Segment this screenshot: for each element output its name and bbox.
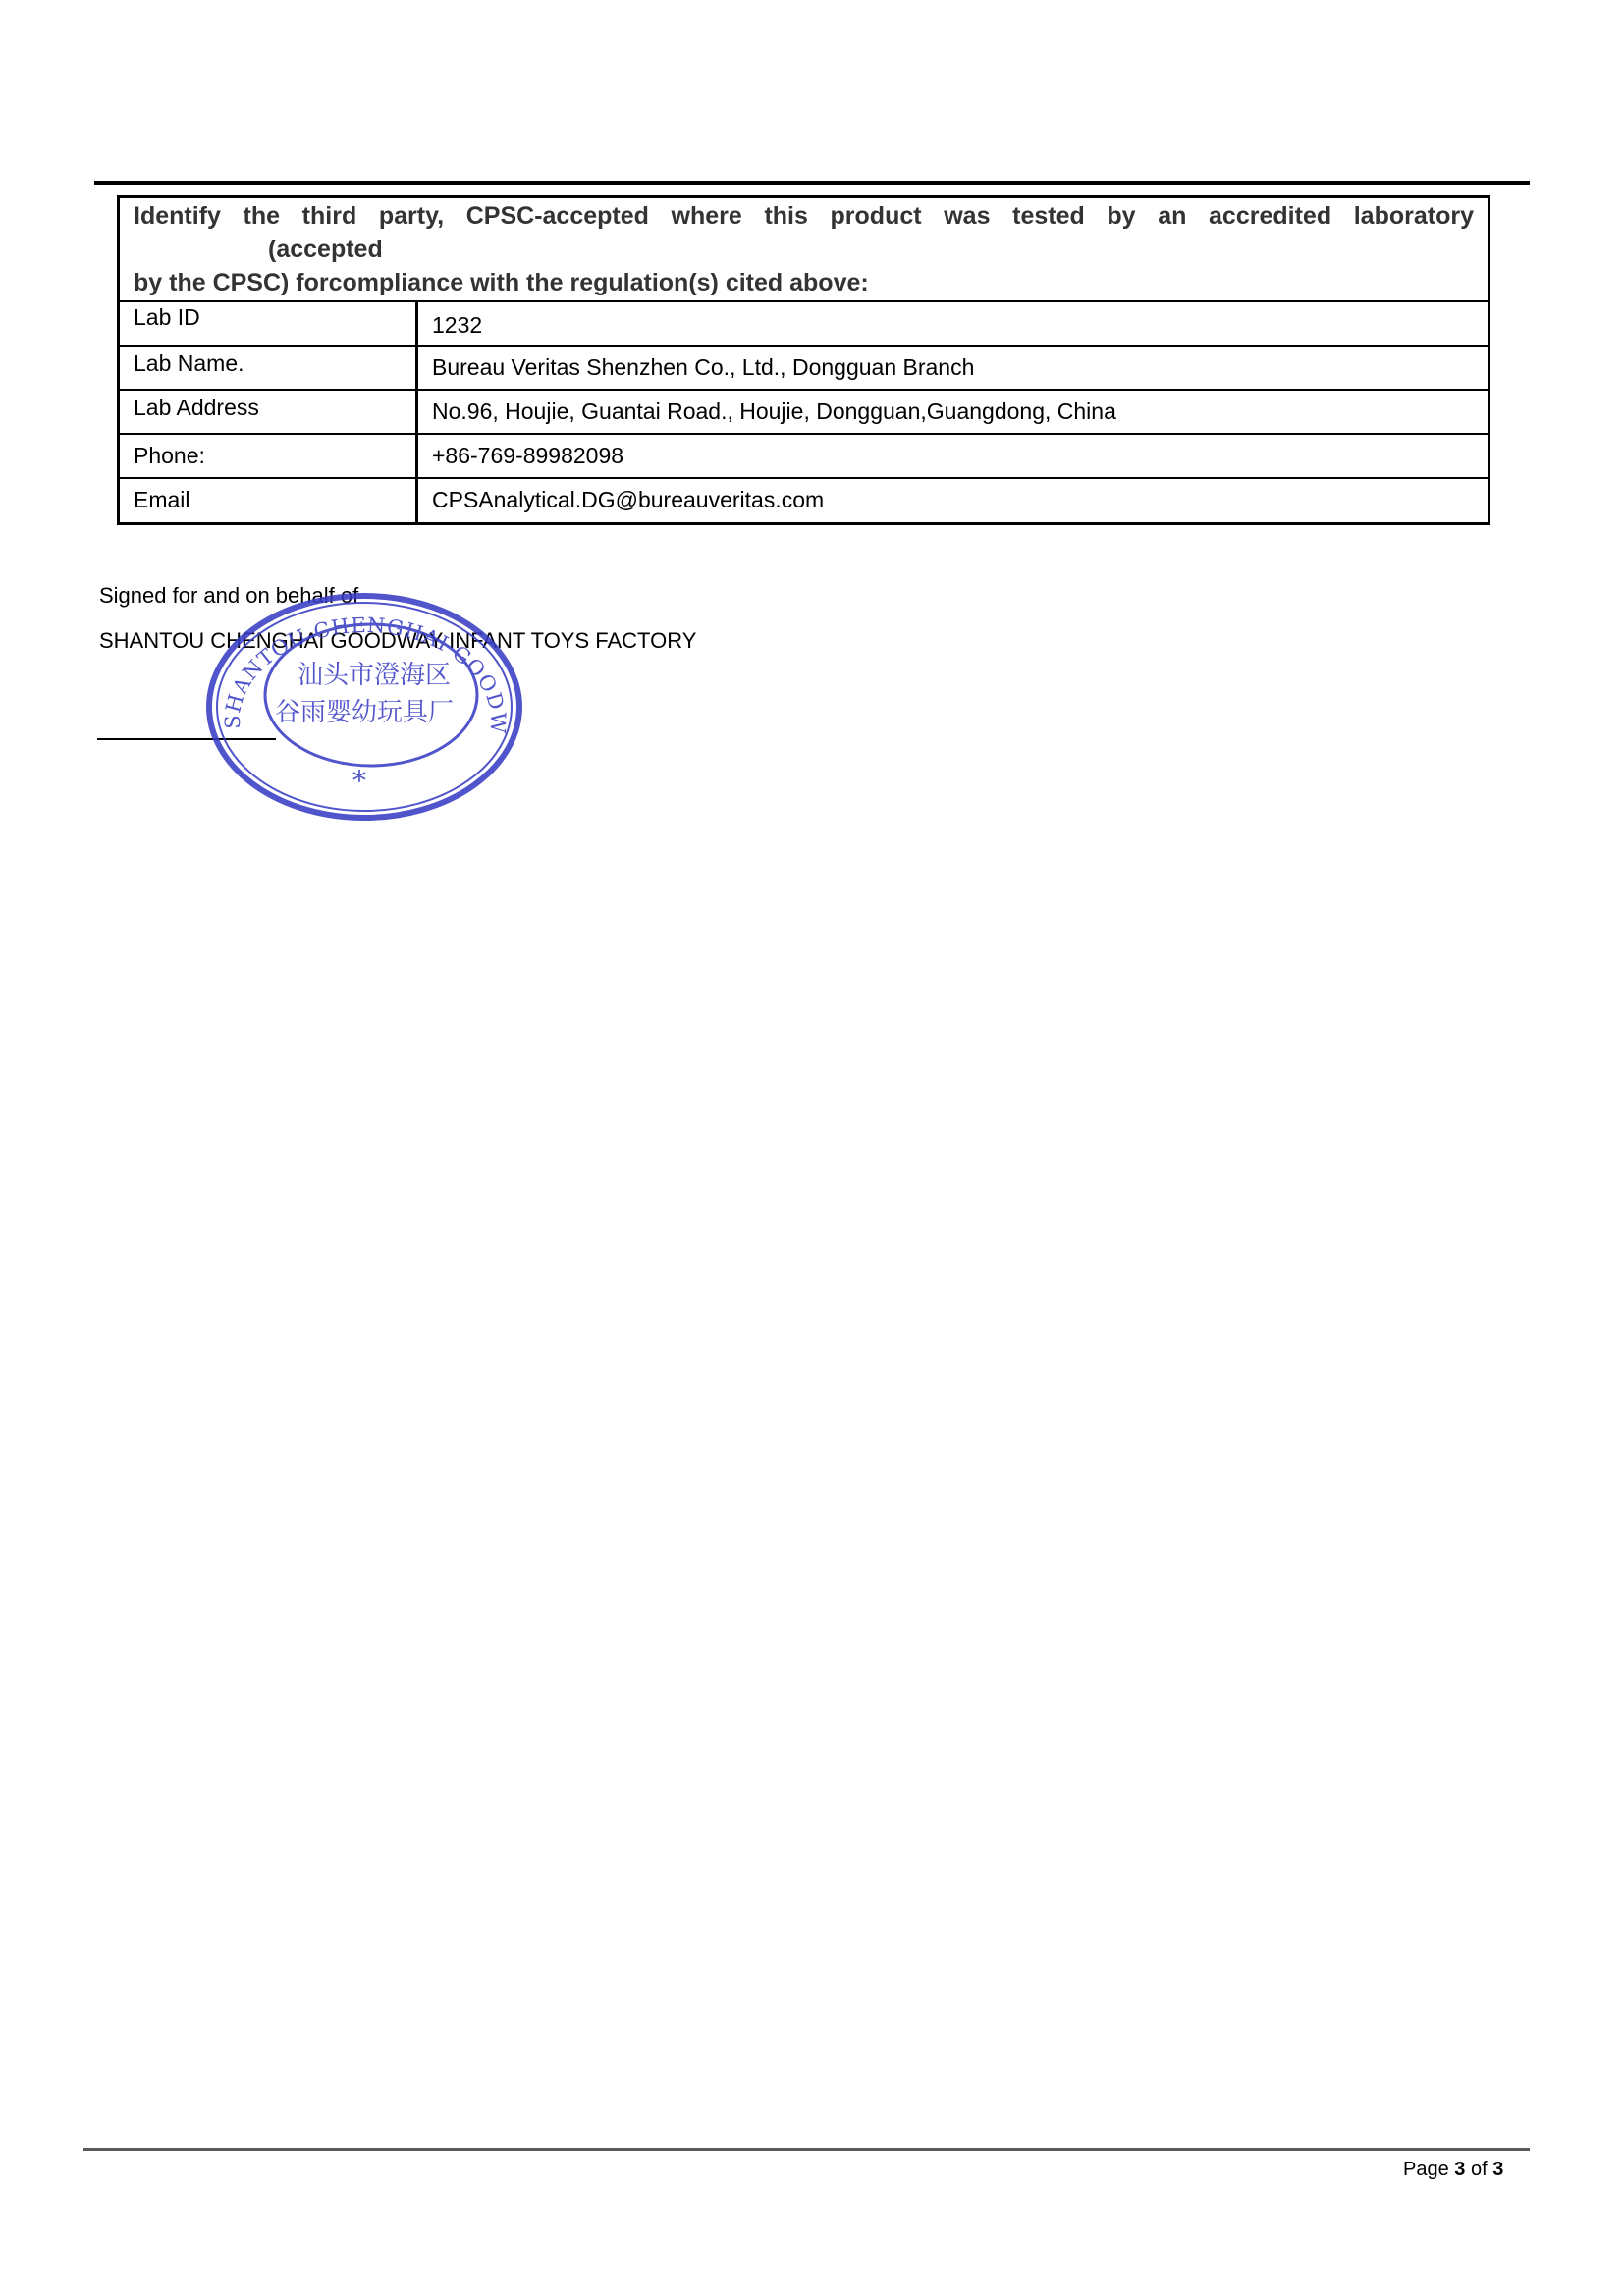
lab-info-table: Identify the third party, CPSC-accepted …: [117, 195, 1490, 525]
header-line-1: Identify the third party, CPSC-accepted …: [134, 198, 1474, 233]
page-current: 3: [1454, 2159, 1465, 2180]
row-label: Phone:: [120, 435, 418, 477]
company-seal-stamp-icon: SHANTOU CHENGHAI GOODWAY INFANT TOYS FAC…: [202, 589, 526, 825]
row-value: No.96, Houjie, Guantai Road., Houjie, Do…: [418, 391, 1488, 433]
header-rule: [94, 181, 1530, 185]
footer-rule: [83, 2148, 1530, 2151]
row-label: Lab Address: [120, 391, 418, 433]
table-header: Identify the third party, CPSC-accepted …: [120, 198, 1488, 302]
page-of: of: [1471, 2159, 1488, 2180]
stamp-inner-line-1: 汕头市澄海区: [298, 661, 451, 690]
stamp-inner-line-2: 谷雨婴幼玩具厂: [275, 698, 454, 727]
page-label: Page: [1403, 2159, 1449, 2180]
row-value: +86-769-89982098: [418, 435, 1488, 477]
row-value[interactable]: CPSAnalytical.DG@bureauveritas.com: [418, 479, 1488, 522]
header-line-3: by the CPSC) forcompliance with the regu…: [134, 266, 1474, 299]
row-label: Lab ID: [120, 302, 418, 345]
row-value: Bureau Veritas Shenzhen Co., Ltd., Dongg…: [418, 347, 1488, 389]
header-line-2: (accepted: [134, 233, 1474, 266]
row-label: Lab Name.: [120, 347, 418, 389]
row-label: Email: [120, 479, 418, 522]
table-row-lab-address: Lab Address No.96, Houjie, Guantai Road.…: [120, 391, 1488, 435]
table-row-lab-name: Lab Name. Bureau Veritas Shenzhen Co., L…: [120, 347, 1488, 391]
table-row-email: Email CPSAnalytical.DG@bureauveritas.com: [120, 479, 1488, 522]
page-number: Page 3 of 3: [1403, 2158, 1503, 2181]
stamp-star: *: [352, 765, 366, 797]
table-row-phone: Phone: +86-769-89982098: [120, 435, 1488, 479]
table-row-lab-id: Lab ID 1232: [120, 302, 1488, 347]
row-value: 1232: [418, 302, 1488, 345]
page-total: 3: [1492, 2159, 1503, 2180]
